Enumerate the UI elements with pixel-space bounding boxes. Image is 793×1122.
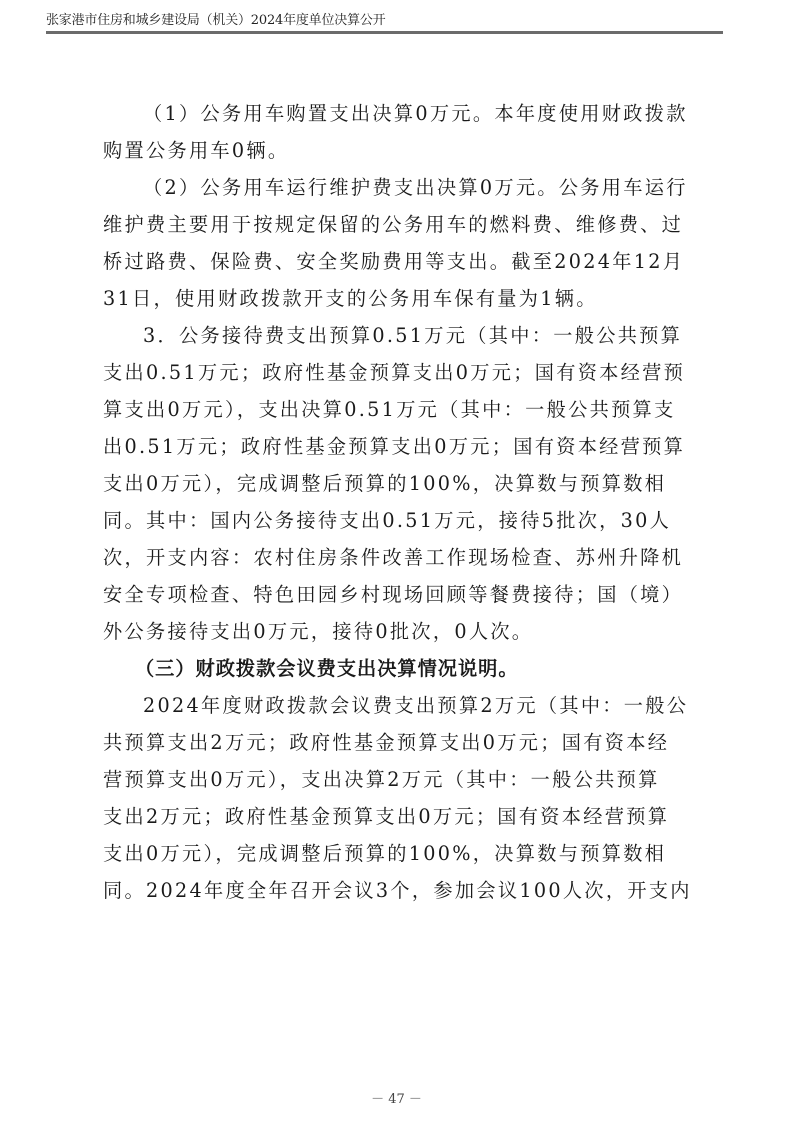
text-line: 购置公务用车0辆。: [103, 132, 693, 169]
text-line: 安全专项检查、特色田园乡村现场回顾等餐费接待；国（境）: [103, 576, 693, 613]
paragraph-reception-expenses: 3．公务接待费支出预算0.51万元（其中：一般公共预算 支出0.51万元；政府性…: [103, 317, 693, 650]
text-line: 同。其中：国内公务接待支出0.51万元，接待5批次，30人: [103, 502, 693, 539]
text-line: （2）公务用车运行维护费支出决算0万元。公务用车运行: [103, 169, 693, 206]
paragraph-vehicle-maintenance: （2）公务用车运行维护费支出决算0万元。公务用车运行 维护费主要用于按规定保留的…: [103, 169, 693, 317]
section-heading-meeting-expenses: （三）财政拨款会议费支出决算情况说明。: [103, 650, 693, 687]
text-line: 支出0.51万元；政府性基金预算支出0万元；国有资本经营预: [103, 354, 693, 391]
text-line: 算支出0万元），支出决算0.51万元（其中：一般公共预算支: [103, 391, 693, 428]
text-line: 桥过路费、保险费、安全奖励费用等支出。截至2024年12月: [103, 243, 693, 280]
text-line: （1）公务用车购置支出决算0万元。本年度使用财政拨款: [103, 95, 693, 132]
text-line: 31日，使用财政拨款开支的公务用车保有量为1辆。: [103, 280, 693, 317]
text-line: 营预算支出0万元），支出决算2万元（其中：一般公共预算: [103, 761, 693, 798]
page-number: － 47 －: [0, 1088, 793, 1107]
document-title: 张家港市住房和城乡建设局（机关）2024年度单位决算公开: [46, 13, 723, 29]
page-header: 张家港市住房和城乡建设局（机关）2024年度单位决算公开: [46, 13, 723, 34]
text-line: 支出0万元），完成调整后预算的100%，决算数与预算数相: [103, 835, 693, 872]
text-line: 同。2024年度全年召开会议3个，参加会议100人次，开支内: [103, 872, 693, 909]
text-line: 支出2万元；政府性基金预算支出0万元；国有资本经营预算: [103, 798, 693, 835]
text-line: 支出0万元），完成调整后预算的100%，决算数与预算数相: [103, 465, 693, 502]
text-line: 维护费主要用于按规定保留的公务用车的燃料费、维修费、过: [103, 206, 693, 243]
paragraph-vehicle-purchase: （1）公务用车购置支出决算0万元。本年度使用财政拨款 购置公务用车0辆。: [103, 95, 693, 169]
text-line: 次，开支内容：农村住房条件改善工作现场检查、苏州升降机: [103, 539, 693, 576]
document-body: （1）公务用车购置支出决算0万元。本年度使用财政拨款 购置公务用车0辆。 （2）…: [103, 95, 693, 909]
header-divider: [46, 31, 723, 34]
text-line: 3．公务接待费支出预算0.51万元（其中：一般公共预算: [103, 317, 693, 354]
text-line: 2024年度财政拨款会议费支出预算2万元（其中：一般公: [103, 687, 693, 724]
text-line: 出0.51万元；政府性基金预算支出0万元；国有资本经营预算: [103, 428, 693, 465]
text-line: 共预算支出2万元；政府性基金预算支出0万元；国有资本经: [103, 724, 693, 761]
text-line: 外公务接待支出0万元，接待0批次，0人次。: [103, 613, 693, 650]
paragraph-meeting-expenses: 2024年度财政拨款会议费支出预算2万元（其中：一般公 共预算支出2万元；政府性…: [103, 687, 693, 909]
section-heading: （三）财政拨款会议费支出决算情况说明。: [103, 650, 693, 687]
